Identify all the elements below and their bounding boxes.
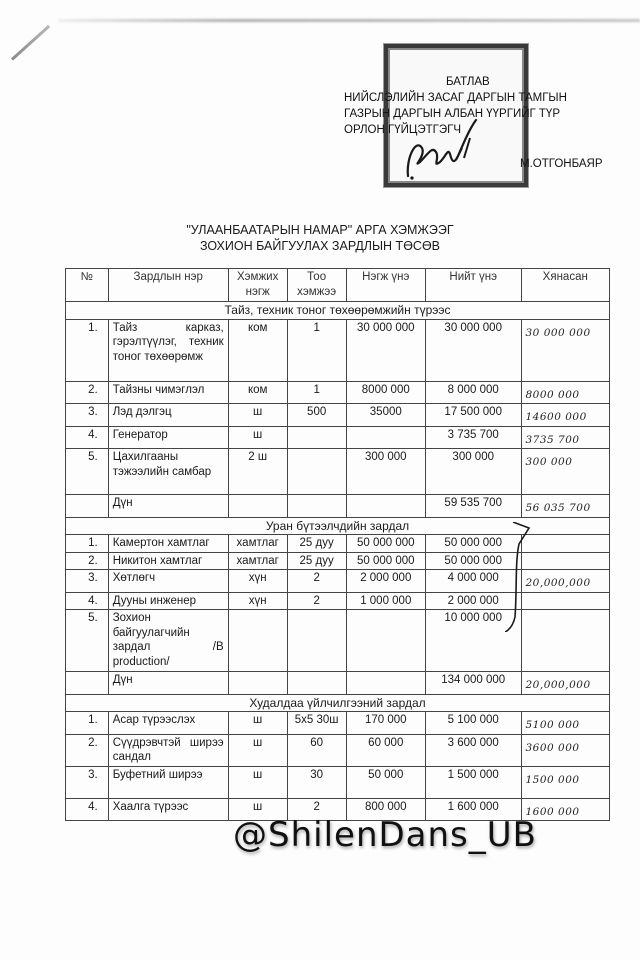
cell-unit-price: 35000 [346,404,425,427]
section-total-row: Дүн59 535 70056 035 700 [66,495,610,518]
cell-expense-name: Дууны инженер [108,592,228,610]
cell-reviewed-handwritten: 3600 000 [521,734,610,766]
cell-expense-name: Буфетний ширээ [108,766,228,798]
cell-unit: ком [228,319,287,381]
cell-quantity: 25 дуу [287,552,346,570]
table-row: 1.Асар түрээслэхш5x5 30ш170 0005 100 000… [66,712,610,735]
cell-number [66,672,109,695]
cell-number: 2. [66,552,109,570]
cell-expense-name: Сүүдрэвчтэй ширээ сандал [108,734,228,766]
cell-quantity [287,449,346,495]
cell-empty [228,672,287,695]
cell-reviewed-handwritten: 8000 000 [521,381,610,404]
cell-number: 3. [66,570,109,593]
header-unit: Хэмжих нэгж [228,269,287,302]
table-header-row: № Зардлын нэр Хэмжих нэгж Тоо хэмжээ Нэг… [66,269,610,302]
table-row: 3.Лэд дэлгэцш5003500017 500 00014600 000 [66,404,610,427]
cell-number: 5. [66,449,109,495]
cell-reviewed-handwritten: 300 000 [521,449,610,495]
cell-unit [228,610,287,672]
cell-quantity [287,610,346,672]
cell-unit-price: 8000 000 [346,381,425,404]
title-line-1: "УЛААНБААТАРЫН НАМАР" АРГА ХЭМЖЭЭГ [0,222,640,238]
table-row: 1.Тайз карказ, гэрэлтүүлэг, техник тоног… [66,319,610,381]
header-expense-name: Зардлын нэр [108,269,228,302]
cell-total-price: 3 600 000 [425,734,521,766]
cell-unit: 2 ш [228,449,287,495]
handwritten-bracket [505,522,625,632]
cell-number: 1. [66,535,109,553]
cell-empty [228,495,287,518]
cell-unit-price: 170 000 [346,712,425,735]
header-quantity: Тоо хэмжээ [287,269,346,302]
cell-unit-price: 50 000 [346,766,425,798]
cell-expense-name: Асар түрээслэх [108,712,228,735]
cell-quantity: 1 [287,381,346,404]
cell-unit-price: 50 000 000 [346,552,425,570]
header-reviewed: Хянасан [521,269,610,302]
cell-empty [287,672,346,695]
cell-total-price: 1 500 000 [425,766,521,798]
cell-quantity [287,426,346,449]
approval-label: БАТЛАВ [344,74,640,90]
cell-unit: ш [228,404,287,427]
cell-unit: хамтлаг [228,535,287,553]
cell-unit-price: 300 000 [346,449,425,495]
cell-number: 5. [66,610,109,672]
cell-unit: ш [228,766,287,798]
signer-name: М.ОТГОНБАЯР [520,156,603,172]
cell-total-value: 134 000 000 [425,672,521,695]
cell-unit-price: 1 000 000 [346,592,425,610]
cell-unit: ш [228,734,287,766]
cell-quantity: 2 [287,570,346,593]
cell-number [66,495,109,518]
section-header-row: Тайз, техник тоног төхөөрөмжийн түрээс [66,302,610,320]
cell-quantity: 25 дуу [287,535,346,553]
cell-number: 3. [66,404,109,427]
cell-unit: хамтлаг [228,552,287,570]
cell-quantity: 500 [287,404,346,427]
cell-total-label: Дүн [108,495,228,518]
cell-unit-price [346,426,425,449]
cell-unit: ш [228,712,287,735]
cell-reviewed-handwritten: 30 000 000 [521,319,610,381]
cell-quantity: 2 [287,592,346,610]
cell-total-price: 17 500 000 [425,404,521,427]
approval-line: НИЙСЛЭЛИЙН ЗАСАГ ДАРГЫН ТАМГЫН [344,90,640,106]
cell-reviewed-handwritten: 1500 000 [521,766,610,798]
cell-reviewed-handwritten: 3735 700 [521,426,610,449]
cell-empty [287,495,346,518]
cell-number: 2. [66,381,109,404]
cell-expense-name: Генератор [108,426,228,449]
cell-unit: хүн [228,570,287,593]
cell-expense-name: Тайзны чимэглэл [108,381,228,404]
table-row: 3.Буфетний ширээш3050 0001 500 0001500 0… [66,766,610,798]
section-title: Худалдаа үйлчилгээний зардал [66,694,610,712]
cell-total-price: 300 000 [425,449,521,495]
cell-empty [346,495,425,518]
table-row: 2.Сүүдрэвчтэй ширээ сандалш6060 0003 600… [66,734,610,766]
cell-unit-price: 30 000 000 [346,319,425,381]
cell-quantity: 1 [287,319,346,381]
cell-number: 1. [66,319,109,381]
document-title: "УЛААНБААТАРЫН НАМАР" АРГА ХЭМЖЭЭГ ЗОХИО… [0,222,640,254]
cell-number: 4. [66,426,109,449]
cell-unit-price: 2 000 000 [346,570,425,593]
cell-total-reviewed: 20,000,000 [521,672,610,695]
cell-quantity: 5x5 30ш [287,712,346,735]
cell-quantity: 60 [287,734,346,766]
cell-expense-name: Цахилгааны тэжээлийн самбар [108,449,228,495]
cell-unit-price [346,610,425,672]
cell-expense-name: Никитон хамтлаг [108,552,228,570]
cell-total-label: Дүн [108,672,228,695]
cell-total-price: 8 000 000 [425,381,521,404]
cell-expense-name: Хөтлөгч [108,570,228,593]
cell-expense-name: Зохион байгуулагчийн зардал /B productio… [108,610,228,672]
signature-icon [398,118,498,180]
cell-number: 3. [66,766,109,798]
cell-number: 4. [66,592,109,610]
cell-unit: хүн [228,592,287,610]
cell-reviewed-handwritten: 5100 000 [521,712,610,735]
cell-unit-price: 50 000 000 [346,535,425,553]
cell-unit: ком [228,381,287,404]
cell-total-reviewed: 56 035 700 [521,495,610,518]
title-line-2: ЗОХИОН БАЙГУУЛАХ ЗАРДЛЫН ТӨСӨВ [0,238,640,254]
cell-number: 2. [66,734,109,766]
table-row: 4.Генераторш3 735 7003735 700 [66,426,610,449]
cell-expense-name: Камертон хамтлаг [108,535,228,553]
watermark-handle: @ShilenDans_UB [0,815,640,855]
table-row: 5.Цахилгааны тэжээлийн самбар2 ш300 0003… [66,449,610,495]
section-title: Тайз, техник тоног төхөөрөмжийн түрээс [66,302,610,320]
header-number: № [66,269,109,302]
paper-fold-shadow [58,19,640,22]
cell-unit: ш [228,426,287,449]
table-row: 2.Тайзны чимэглэлком18000 0008 000 00080… [66,381,610,404]
cell-empty [346,672,425,695]
paper-fold-corner [11,25,50,61]
header-total-price: Нийт үнэ [425,269,521,302]
cell-reviewed-handwritten: 14600 000 [521,404,610,427]
cell-total-price: 5 100 000 [425,712,521,735]
cell-total-value: 59 535 700 [425,495,521,518]
header-unit-price: Нэгж үнэ [346,269,425,302]
cell-expense-name: Лэд дэлгэц [108,404,228,427]
section-total-row: Дүн134 000 00020,000,000 [66,672,610,695]
cell-quantity: 30 [287,766,346,798]
cell-expense-name: Тайз карказ, гэрэлтүүлэг, техник тоног т… [108,319,228,381]
cell-number: 1. [66,712,109,735]
section-header-row: Худалдаа үйлчилгээний зардал [66,694,610,712]
cell-total-price: 30 000 000 [425,319,521,381]
cell-unit-price: 60 000 [346,734,425,766]
cell-total-price: 3 735 700 [425,426,521,449]
